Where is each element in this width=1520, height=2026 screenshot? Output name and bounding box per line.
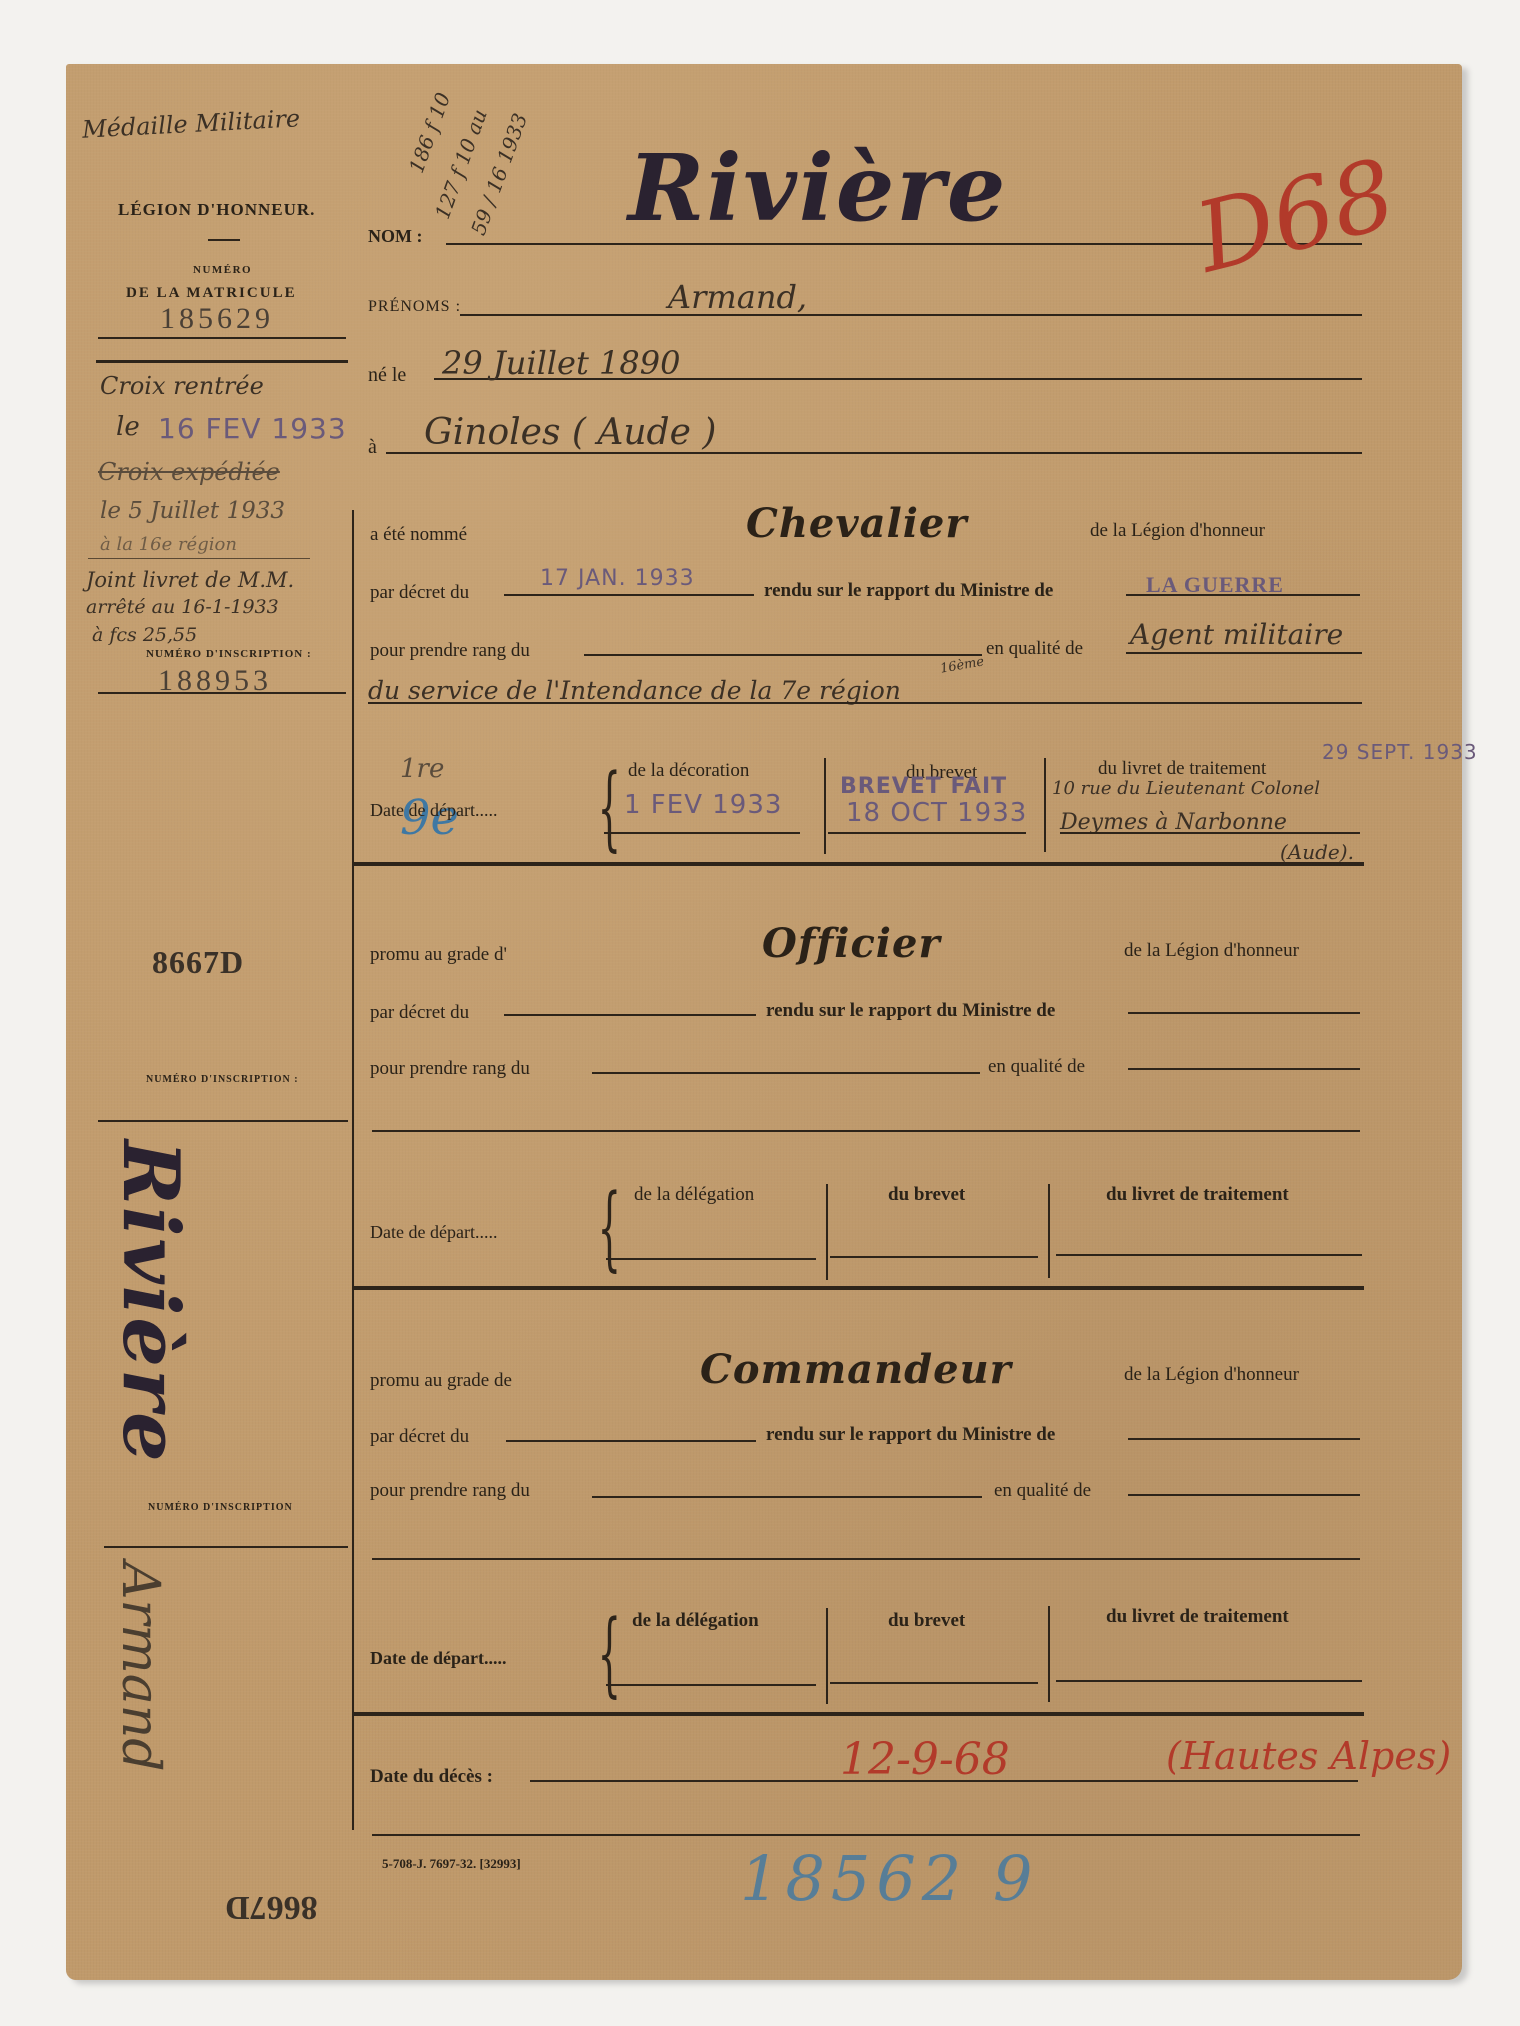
officier-rapport-label: rendu sur le rapport du Ministre de (766, 1000, 1055, 1022)
note-croix-rentree: Croix rentrée (100, 372, 264, 400)
officier-col3-line (1056, 1254, 1362, 1256)
officier-rank: Officier (762, 920, 941, 967)
chevalier-qualite-line2-rule (368, 702, 1362, 704)
officier-rang-line (592, 1072, 980, 1074)
chevalier-col3-address-1: 10 rue du Lieutenant Colonel (1052, 778, 1320, 799)
commandeur-col2-header: du brevet (888, 1610, 965, 1632)
stamp-16-fev-1933: 16 FEV 1933 (158, 412, 347, 445)
chevalier-col3-line (1060, 832, 1360, 834)
chevalier-decret-label: par décret du (370, 582, 469, 604)
matricule-label-1: NUMÉRO (193, 264, 252, 276)
officier-rang-label: pour prendre rang du (370, 1058, 530, 1080)
commandeur-col-divider-1 (826, 1608, 828, 1704)
chevalier-col2-stamp-2: 18 OCT 1933 (846, 798, 1027, 828)
ne-le-label: né le (368, 364, 406, 387)
nom-value: Rivière (628, 134, 1007, 242)
inscription-label-1: NUMÉRO D'INSCRIPTION : (146, 648, 312, 660)
sidebar-divider-2 (88, 558, 310, 559)
a-value: Ginoles ( Aude ) (424, 412, 716, 453)
note-le-5-juillet-1933: le 5 Juillet 1933 (100, 498, 285, 524)
chevalier-col1-header: de la décoration (628, 760, 749, 782)
officier-col2-header: du brevet (888, 1184, 965, 1206)
prenoms-underline (460, 314, 1362, 316)
chevalier-col-divider-1 (824, 758, 826, 854)
officier-col2-line (830, 1256, 1038, 1258)
commandeur-col3-header: du livret de traitement (1106, 1606, 1289, 1628)
chevalier-col-divider-2 (1044, 758, 1046, 852)
sidebar-divider-1 (96, 360, 348, 363)
chevalier-suffix: de la Légion d'honneur (1090, 520, 1265, 542)
commandeur-qualite-label: en qualité de (994, 1480, 1091, 1502)
matricule-number: 185629 (160, 302, 274, 336)
commandeur-rang-line (592, 1496, 982, 1498)
legion-honneur-title: LÉGION D'HONNEUR. (118, 200, 315, 220)
deces-value: 12-9-68 (840, 1734, 1010, 1785)
commandeur-rang-label: pour prendre rang du (370, 1480, 530, 1502)
inscription-label-2: NUMÉRO D'INSCRIPTION : (146, 1074, 299, 1085)
chevalier-col2-line (828, 832, 1026, 834)
footer-print-code: 5-708-J. 7697-32. [32993] (382, 1856, 521, 1872)
record-card (66, 64, 1462, 1980)
officier-qualite-line (1128, 1068, 1360, 1070)
commandeur-prefix: promu au grade de (370, 1370, 512, 1392)
officier-decret-line (504, 1014, 756, 1016)
chevalier-col1-stamp: 1 FEV 1933 (624, 790, 782, 820)
commandeur-suffix: de la Légion d'honneur (1124, 1364, 1299, 1386)
chevalier-brace: { (598, 754, 621, 861)
deces-label: Date du décès : (370, 1766, 493, 1788)
chevalier-rapport-stamp: LA GUERRE (1146, 572, 1284, 598)
main-column-rule (352, 510, 354, 1830)
sidebar-divider-3 (98, 1120, 348, 1122)
commandeur-col1-line (606, 1684, 816, 1686)
inscription-underline-1 (98, 692, 346, 694)
chevalier-rapport-label: rendu sur le rapport du Ministre de (764, 580, 1053, 602)
commandeur-col3-line (1056, 1680, 1362, 1682)
note-croix-expediee: Croix expédiée (98, 458, 280, 486)
officier-depart-label: Date de départ..... (370, 1222, 497, 1243)
chevalier-depart-label: Date de départ..... (370, 800, 497, 821)
chevalier-qualite-line (1126, 652, 1362, 654)
commandeur-brace: { (598, 1600, 621, 1707)
note-16e-region: à la 16e région (100, 534, 237, 555)
note-francs: à fcs 25,55 (92, 624, 197, 646)
officier-rapport-line (1128, 1012, 1360, 1014)
stamp-number-bottom: 8667D (225, 1888, 318, 1926)
officier-col1-line (606, 1258, 816, 1260)
prenoms-value: Armand, (668, 278, 807, 316)
nom-label: NOM : (368, 226, 422, 247)
vertical-firstname-armand: Armand (110, 1562, 170, 1772)
chevalier-qualite-label: en qualité de (986, 638, 1083, 660)
commandeur-qualite-line (1128, 1494, 1360, 1496)
stamp-number-8667d: 8667D (152, 944, 244, 981)
note-arrete: arrêté au 16-1-1933 (86, 596, 279, 618)
officier-qualite-label: en qualité de (988, 1056, 1085, 1078)
note-le: le (116, 412, 140, 442)
chevalier-decret-line (504, 594, 754, 596)
chevalier-col3-address-3: (Aude). (1280, 840, 1354, 864)
chevalier-col1-line (604, 832, 800, 834)
commandeur-decret-label: par décret du (370, 1426, 469, 1448)
commandeur-col1-header: de la délégation (632, 1610, 759, 1632)
officier-col-divider-1 (826, 1184, 828, 1280)
title-divider (208, 239, 240, 241)
chevalier-decret-stamp: 17 JAN. 1933 (540, 566, 695, 591)
officier-prefix: promu au grade d' (370, 944, 507, 966)
commandeur-rapport-label: rendu sur le rapport du Ministre de (766, 1424, 1055, 1446)
officier-decret-label: par décret du (370, 1002, 469, 1024)
sidebar-divider-4 (104, 1546, 348, 1548)
officier-section-end-rule (354, 1286, 1364, 1290)
chevalier-qualite-line2: du service de l'Intendance de la 7e régi… (368, 676, 901, 705)
blue-pencil-number: 18562 9 (740, 1842, 1038, 1915)
officier-col3-header: du livret de traitement (1106, 1184, 1289, 1206)
vertical-surname-riviere: Rivière (105, 1140, 196, 1464)
inscription-label-3: NUMÉRO D'INSCRIPTION (148, 1502, 293, 1513)
prenoms-label: PRÉNOMS : (368, 298, 461, 316)
commandeur-depart-label: Date de départ..... (370, 1648, 506, 1669)
chevalier-col3-header: du livret de traitement (1098, 758, 1266, 780)
chevalier-rang-label: pour prendre rang du (370, 640, 530, 662)
commandeur-rank: Commandeur (700, 1346, 1012, 1393)
officier-suffix: de la Légion d'honneur (1124, 940, 1299, 962)
a-label: à (368, 436, 377, 459)
note-joint-livret: Joint livret de M.M. (86, 568, 294, 592)
chevalier-rang-line (584, 654, 982, 656)
commandeur-col2-line (830, 1682, 1038, 1684)
matricule-label-2: DE LA MATRICULE (126, 285, 297, 302)
officier-line-blank (372, 1130, 1360, 1132)
chevalier-qualite-value: Agent militaire (1130, 618, 1343, 651)
officier-col1-header: de la délégation (634, 1184, 754, 1206)
commandeur-col-divider-2 (1048, 1606, 1050, 1702)
officier-brace: { (598, 1174, 621, 1281)
matricule-underline (98, 337, 346, 339)
commandeur-line-blank (372, 1558, 1360, 1560)
chevalier-depart-annotation-1: 1re (400, 754, 444, 784)
commandeur-rapport-line (1128, 1438, 1360, 1440)
deces-line-blank (372, 1834, 1360, 1836)
ne-le-value: 29 Juillet 1890 (442, 344, 680, 382)
commandeur-section-end-rule (354, 1712, 1364, 1716)
chevalier-col3-stamp: 29 SEPT. 1933 (1322, 740, 1478, 764)
commandeur-decret-line (506, 1440, 756, 1442)
officier-col-divider-2 (1048, 1184, 1050, 1278)
chevalier-section-end-rule (354, 862, 1364, 866)
chevalier-prefix: a été nommé (370, 524, 467, 546)
deces-place: (Hautes Alpes) (1166, 1734, 1451, 1778)
chevalier-rank: Chevalier (746, 500, 967, 547)
chevalier-col2-stamp-1: BREVET FAIT (840, 774, 1007, 799)
